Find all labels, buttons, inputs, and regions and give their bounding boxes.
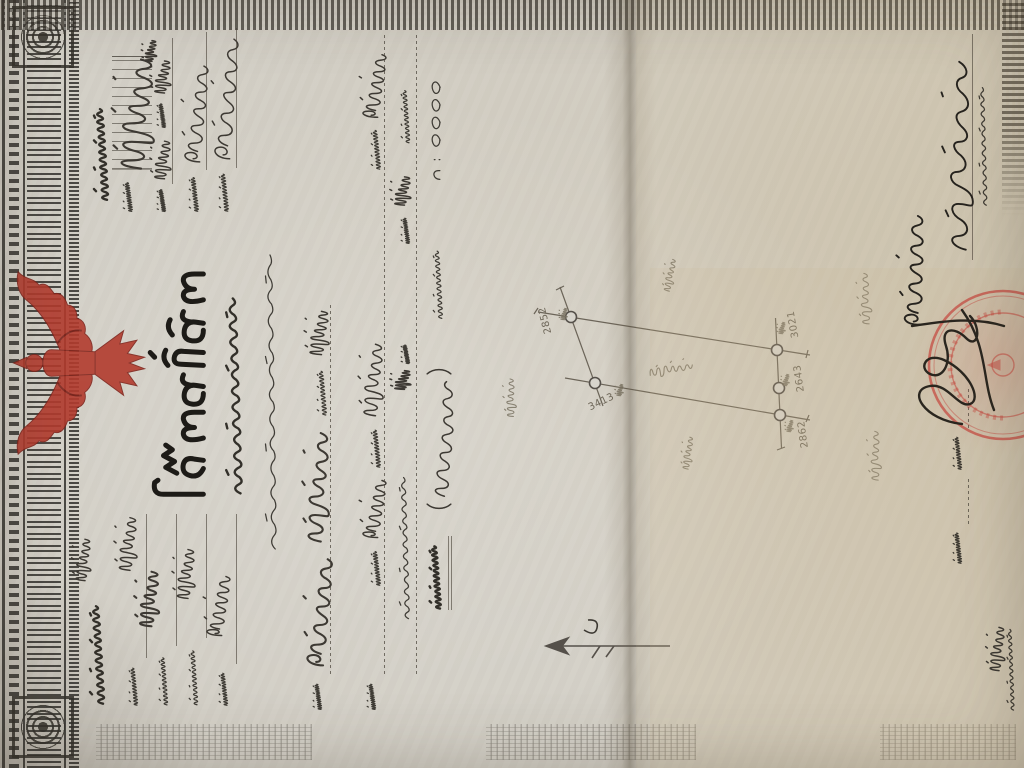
paper-fold-crease [604, 0, 656, 768]
main-title [148, 260, 210, 506]
page-handwritten [148, 60, 170, 94]
province-label [218, 168, 231, 212]
map-title [428, 536, 444, 610]
deed-page: 2852 3413 3021 2643 2862 [0, 0, 1024, 768]
rawang-label [128, 662, 140, 706]
signature-scrawl [896, 288, 1014, 438]
area-lead-text [398, 454, 412, 622]
parcel-number-label [158, 650, 170, 706]
rawang-handwritten [112, 516, 136, 572]
district-label [188, 172, 201, 212]
marker-index [776, 322, 785, 334]
photographed-land-deed: 2852 3413 3021 2643 2862 [0, 0, 1024, 768]
marker-index [558, 308, 567, 320]
parcel-number-handwritten [132, 570, 158, 628]
date-label [952, 528, 964, 564]
margin-microtext [96, 724, 312, 760]
subdistrict-handwritten [356, 478, 382, 540]
scale-value [426, 76, 444, 186]
ornate-bottom-border [1002, 0, 1024, 216]
volume-handwritten [148, 140, 170, 180]
corner-fine-print [1006, 616, 1016, 712]
wa-label [400, 82, 412, 144]
registrar-handwriting [937, 56, 974, 257]
nationality-handwritten [302, 310, 328, 356]
issue-authority-line [264, 206, 279, 556]
survey-page-label [188, 642, 200, 706]
border-rosette-left [12, 696, 74, 758]
district-handwritten-body [356, 342, 382, 418]
margin-microtext [486, 724, 696, 760]
subdistrict-handwritten-block [200, 574, 226, 638]
deed-number-handwritten [108, 56, 152, 172]
margin-microtext [880, 724, 1016, 760]
page-label [156, 100, 168, 128]
subtitle-line [224, 266, 246, 498]
owner-name-label [312, 680, 324, 710]
nationality-label [316, 364, 329, 416]
scale-label [432, 240, 445, 320]
road-label [366, 680, 378, 710]
corner-note-handwritten [984, 626, 1004, 672]
deed-number-note [140, 40, 156, 62]
rai-value-handwritten [388, 370, 410, 390]
province-handwritten [208, 34, 234, 164]
garuda-emblem [2, 258, 154, 468]
position-block-title [88, 590, 108, 706]
rai-label [400, 342, 412, 364]
position-note-handwritten [70, 538, 90, 582]
district-handwritten [178, 62, 204, 166]
marker-index [784, 420, 793, 432]
district-label-body [370, 424, 383, 468]
owner-name-handwritten [300, 458, 330, 670]
province-label-body [370, 124, 383, 170]
subdistrict-label [370, 546, 383, 586]
wa-value-handwritten [388, 176, 410, 206]
ornate-right-border [0, 0, 1024, 30]
officer-caption [978, 68, 989, 208]
deed-number-label [122, 178, 135, 212]
subdistrict-label-block [218, 668, 230, 706]
marker-index [780, 374, 789, 386]
province-handwritten-body [356, 52, 382, 120]
survey-plot [460, 208, 930, 518]
ngan-label [400, 214, 412, 244]
survey-page-handwritten [170, 548, 194, 600]
measurement-note [679, 436, 693, 471]
volume-label [156, 186, 168, 212]
area-in-words-handwritten [424, 366, 454, 512]
